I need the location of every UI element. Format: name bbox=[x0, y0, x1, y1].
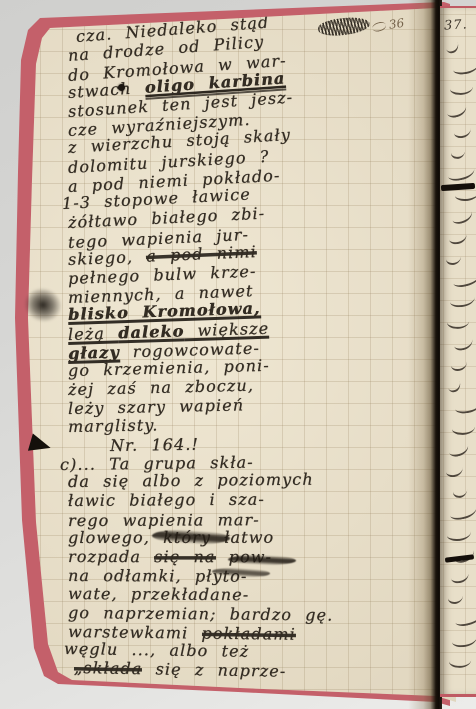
handwriting-fragment bbox=[452, 272, 476, 289]
handwriting-fragment bbox=[448, 593, 463, 605]
handwriting-segment: glowego, bbox=[68, 528, 163, 547]
handwriting-segment: się na bbox=[154, 547, 215, 566]
manuscript-line: wate, przekładane- bbox=[68, 585, 249, 604]
handwriting-segment: rozpada bbox=[68, 547, 154, 566]
handwriting-fragment bbox=[454, 126, 472, 138]
gutter-shadow bbox=[408, 0, 442, 709]
handwriting-fragment bbox=[450, 571, 469, 584]
handwriting-fragment bbox=[455, 190, 476, 201]
handwriting-fragment bbox=[447, 529, 471, 540]
handwriting-fragment bbox=[445, 40, 461, 54]
handwriting-fragment bbox=[449, 506, 476, 522]
handwriting-segment: wate, przekładane- bbox=[68, 584, 249, 604]
photo-canvas: cza. Niedaleko stądna drodze od Pilicydo… bbox=[0, 0, 476, 709]
handwriting-fragment bbox=[450, 296, 476, 309]
handwriting-segment: rego wapienia mar- bbox=[68, 510, 260, 530]
handwriting-fragment bbox=[446, 254, 461, 266]
handwriting-fragment bbox=[453, 337, 474, 351]
handwriting-segment: da się albo z poziomych bbox=[68, 470, 314, 491]
handwriting-fragment bbox=[446, 465, 464, 477]
handwriting-fragment bbox=[448, 443, 470, 458]
manuscript-lines: cza. Niedaleko stądna drodze od Pilicydo… bbox=[58, 28, 442, 688]
ink-dot-blot bbox=[118, 84, 125, 91]
manuscript-line: „składa się z naprze- bbox=[74, 659, 287, 681]
handwriting-fragment bbox=[451, 147, 466, 159]
handwriting-segment: Nr. 164.! bbox=[110, 434, 199, 454]
handwriting-fragment bbox=[446, 103, 468, 118]
manuscript-line: go naprzemian; bardzo gę. bbox=[68, 604, 333, 624]
handwriting-fragment bbox=[450, 84, 473, 96]
handwriting-segment: ławic białego i sza- bbox=[68, 490, 265, 510]
corner-page-number-text: 36 bbox=[388, 16, 405, 32]
handwriting-segment: się z naprze- bbox=[142, 660, 286, 682]
handwriting-fragment bbox=[453, 487, 468, 499]
handwriting-fragment bbox=[447, 167, 475, 183]
handwriting-fragment bbox=[451, 209, 474, 225]
handwriting-fragment bbox=[454, 401, 476, 415]
manuscript-line: Nr. 164.! bbox=[110, 435, 199, 454]
manuscript-line: marglisty. bbox=[68, 416, 159, 436]
handwriting-fragment bbox=[452, 423, 475, 435]
pencil-squiggle-icon bbox=[371, 20, 387, 33]
handwriting-segment: marglisty. bbox=[68, 415, 159, 436]
handwriting-fragment bbox=[447, 317, 470, 330]
manuscript-line: da się albo z poziomych bbox=[68, 471, 314, 491]
handwriting-fragment bbox=[451, 360, 467, 371]
handwriting-segment: „składa bbox=[74, 658, 143, 678]
handwriting-fragment bbox=[452, 635, 476, 648]
right-page-sliver: 37. bbox=[440, 6, 476, 697]
handwriting-fragment bbox=[449, 656, 472, 669]
handwriting-fragment bbox=[448, 232, 467, 245]
handwriting-segment: skiego, bbox=[68, 246, 147, 268]
handwriting-segment: go naprzemian; bardzo gę. bbox=[68, 603, 333, 624]
handwriting-fragment bbox=[447, 380, 463, 394]
right-page-number: 37. bbox=[444, 17, 468, 33]
manuscript-line: ławic białego i sza- bbox=[68, 491, 265, 510]
handwriting-fragment bbox=[452, 62, 476, 76]
left-page: cza. Niedaleko stądna drodze od Pilicydo… bbox=[12, 4, 456, 706]
handwriting-fragment bbox=[454, 611, 476, 628]
